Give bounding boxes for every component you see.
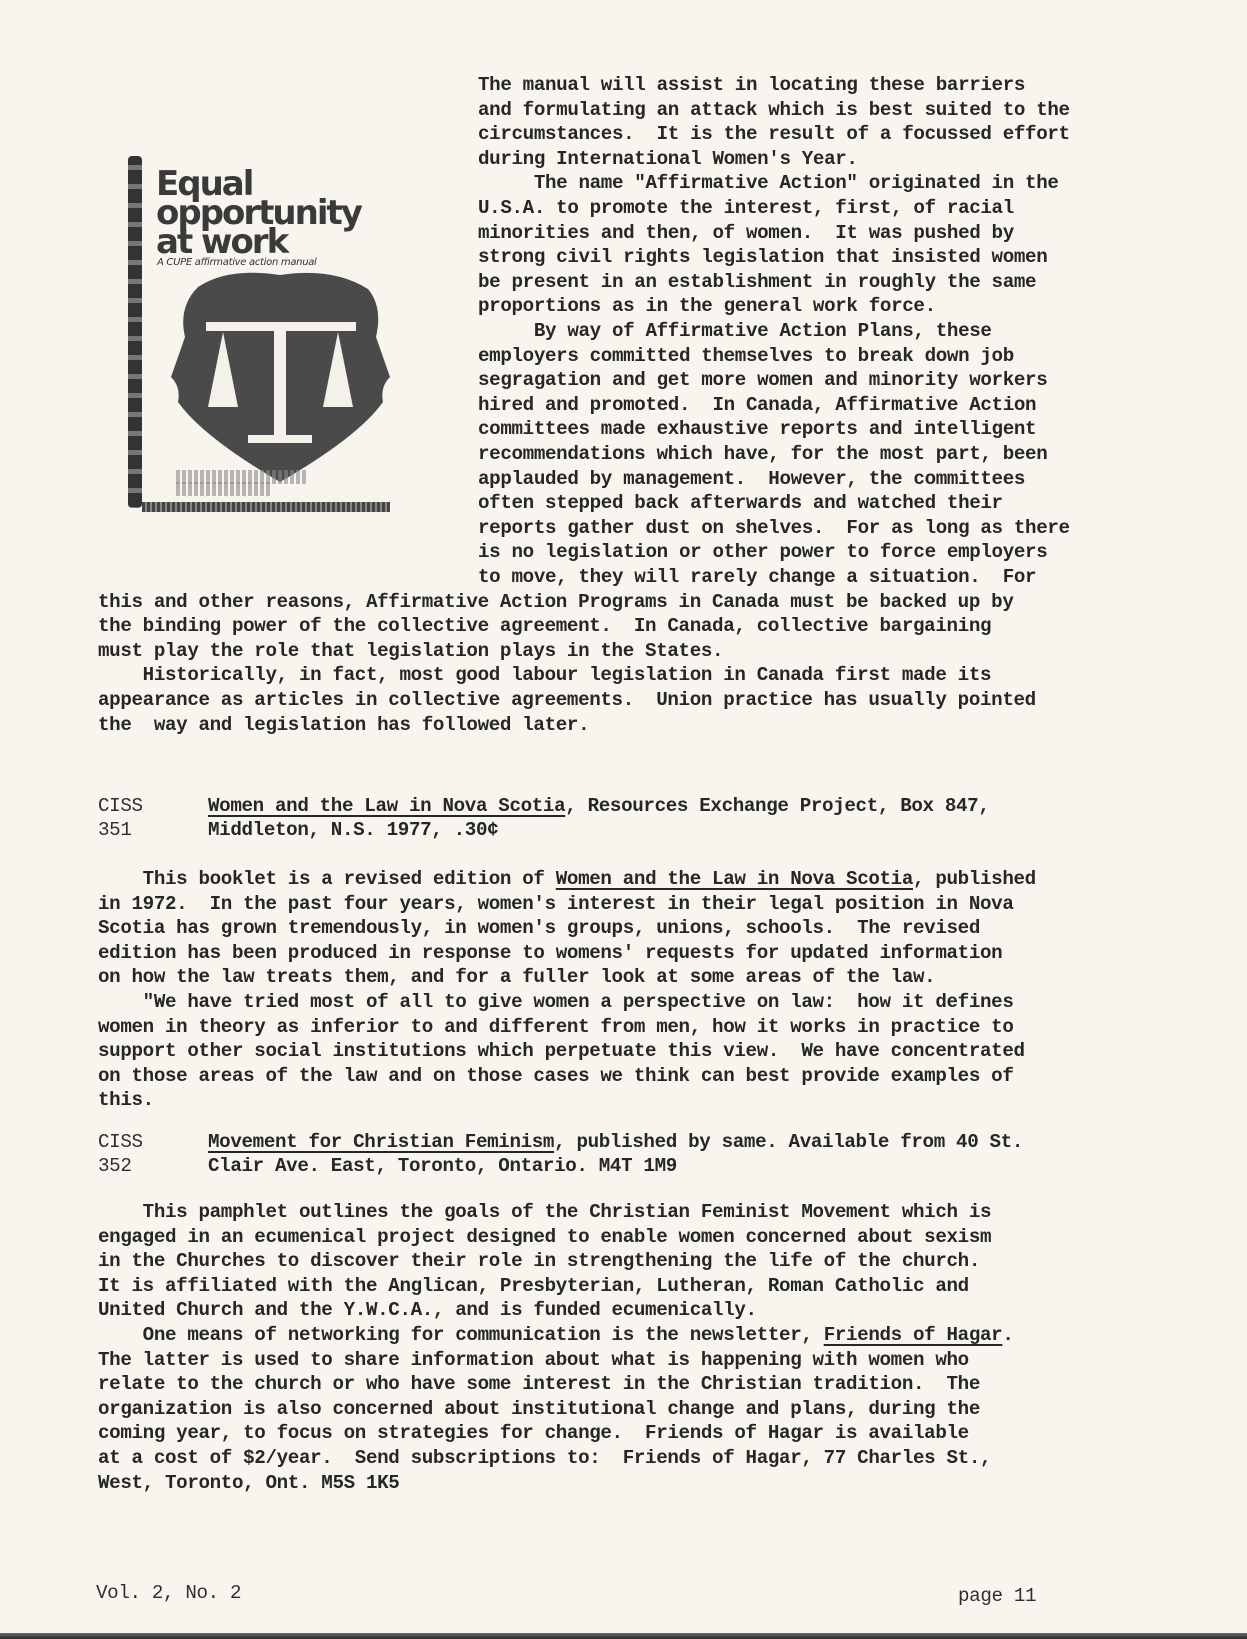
text-run: .	[1002, 1324, 1013, 1346]
intro-line: during International Women's Year.	[478, 147, 858, 172]
intro-line: reports gather dust on shelves. For as l…	[478, 516, 1070, 541]
entry-body-line: support other social institutions which …	[98, 1039, 1025, 1064]
intro-line: be present in an establishment in roughl…	[478, 270, 1036, 295]
entry-body-line: edition has been produced in response to…	[98, 941, 1002, 966]
intro-line: The manual will assist in locating these…	[478, 73, 1025, 98]
entry-body-line: this.	[98, 1088, 154, 1113]
entry-body-line: on those areas of the law and on those c…	[98, 1064, 1013, 1089]
text-run: , published by same. Available from 40 S…	[554, 1131, 1023, 1153]
entry-code: CISS	[98, 1130, 143, 1155]
text-run: This booklet is a revised edition of	[98, 868, 556, 890]
text-run: , Resources Exchange Project, Box 847,	[565, 795, 989, 817]
cover-bottom-edge	[142, 502, 390, 512]
intro-line: hired and promoted. In Canada, Affirmati…	[478, 393, 1036, 418]
intro-line: U.S.A. to promote the interest, first, o…	[478, 196, 1014, 221]
intro-line: minorities and then, of women. It was pu…	[478, 221, 1014, 246]
footer-page-number: page 11	[958, 1584, 1036, 1609]
entry-body-line: engaged in an ecumenical project designe…	[98, 1225, 991, 1250]
intro-line: appearance as articles in collective agr…	[98, 688, 1036, 713]
intro-line: and formulating an attack which is best …	[478, 98, 1070, 123]
spiral-binding	[128, 156, 142, 508]
entry-body-line: It is affiliated with the Anglican, Pres…	[98, 1274, 969, 1299]
underlined-title: Movement for Christian Feminism	[208, 1131, 554, 1153]
entry-body-line: The latter is used to share information …	[98, 1348, 969, 1373]
intro-line: the binding power of the collective agre…	[98, 614, 991, 639]
entry-code: CISS	[98, 794, 143, 819]
entry-body-line: women in theory as inferior to and diffe…	[98, 1015, 1013, 1040]
entry-body-line: One means of networking for communicatio…	[98, 1323, 1014, 1348]
scales-of-justice-icon	[168, 267, 393, 487]
entry-citation-line2: Middleton, N.S. 1977, .30¢	[208, 818, 498, 843]
underlined-title: Women and the Law in Nova Scotia	[556, 868, 913, 890]
entry-body-line: on how the law treats them, and for a fu…	[98, 965, 935, 990]
underlined-title: Women and the Law in Nova Scotia	[208, 795, 565, 817]
entry-body-line: organization is also concerned about ins…	[98, 1397, 980, 1422]
entry-citation: Women and the Law in Nova Scotia, Resour…	[208, 794, 990, 819]
entry-code-number: 352	[98, 1154, 132, 1179]
page-bottom-edge	[0, 1633, 1247, 1639]
intro-line: proportions as in the general work force…	[478, 294, 936, 319]
intro-line: is no legislation or other power to forc…	[478, 540, 1047, 565]
underlined-title: Friends of Hagar	[824, 1324, 1003, 1346]
text-run: One means of networking for communicatio…	[98, 1324, 824, 1346]
intro-line: often stepped back afterwards and watche…	[478, 491, 1003, 516]
entry-body-line: at a cost of $2/year. Send subscriptions…	[98, 1446, 991, 1471]
entry-body-line: Scotia has grown tremendously, in women'…	[98, 916, 980, 941]
intro-line: strong civil rights legislation that ins…	[478, 245, 1047, 270]
intro-line: to move, they will rarely change a situa…	[478, 565, 1036, 590]
entry-citation: Movement for Christian Feminism, publish…	[208, 1130, 1023, 1155]
intro-line: circumstances. It is the result of a foc…	[478, 122, 1070, 147]
intro-line: applauded by management. However, the co…	[478, 467, 1025, 492]
entry-citation-line2: Clair Ave. East, Toronto, Ontario. M4T 1…	[208, 1154, 677, 1179]
cover-title: Equal opportunity at work	[156, 170, 361, 257]
entry-body-line: in 1972. In the past four years, women's…	[98, 892, 1013, 917]
intro-line: Historically, in fact, most good labour …	[98, 663, 991, 688]
intro-line: segragation and get more women and minor…	[478, 368, 1047, 393]
text-run: , published	[913, 868, 1036, 890]
entry-body-line: This booklet is a revised edition of Wom…	[98, 867, 1036, 892]
book-cover-image: Equal opportunity at work A CUPE affirma…	[128, 152, 390, 512]
intro-line: employers committed themselves to break …	[478, 344, 1014, 369]
entry-body-line: "We have tried most of all to give women…	[98, 990, 1013, 1015]
intro-line: By way of Affirmative Action Plans, thes…	[478, 319, 992, 344]
entry-body-line: relate to the church or who have some in…	[98, 1372, 980, 1397]
entry-body-line: in the Churches to discover their role i…	[98, 1249, 980, 1274]
intro-line: committees made exhaustive reports and i…	[478, 417, 1036, 442]
entry-body-line: This pamphlet outlines the goals of the …	[98, 1200, 991, 1225]
intro-line: recommendations which have, for the most…	[478, 442, 1047, 467]
entry-body-line: West, Toronto, Ont. M5S 1K5	[98, 1471, 399, 1496]
intro-line: this and other reasons, Affirmative Acti…	[98, 590, 1013, 615]
intro-line: must play the role that legislation play…	[98, 639, 723, 664]
cover-fine-print	[176, 482, 271, 496]
intro-line: the way and legislation has followed lat…	[98, 713, 589, 738]
footer-volume: Vol. 2, No. 2	[96, 1581, 241, 1606]
entry-body-line: coming year, to focus on strategies for …	[98, 1421, 969, 1446]
entry-code-number: 351	[98, 818, 132, 843]
entry-body-line: United Church and the Y.W.C.A., and is f…	[98, 1298, 757, 1323]
intro-line: The name "Affirmative Action" originated…	[478, 171, 1059, 196]
